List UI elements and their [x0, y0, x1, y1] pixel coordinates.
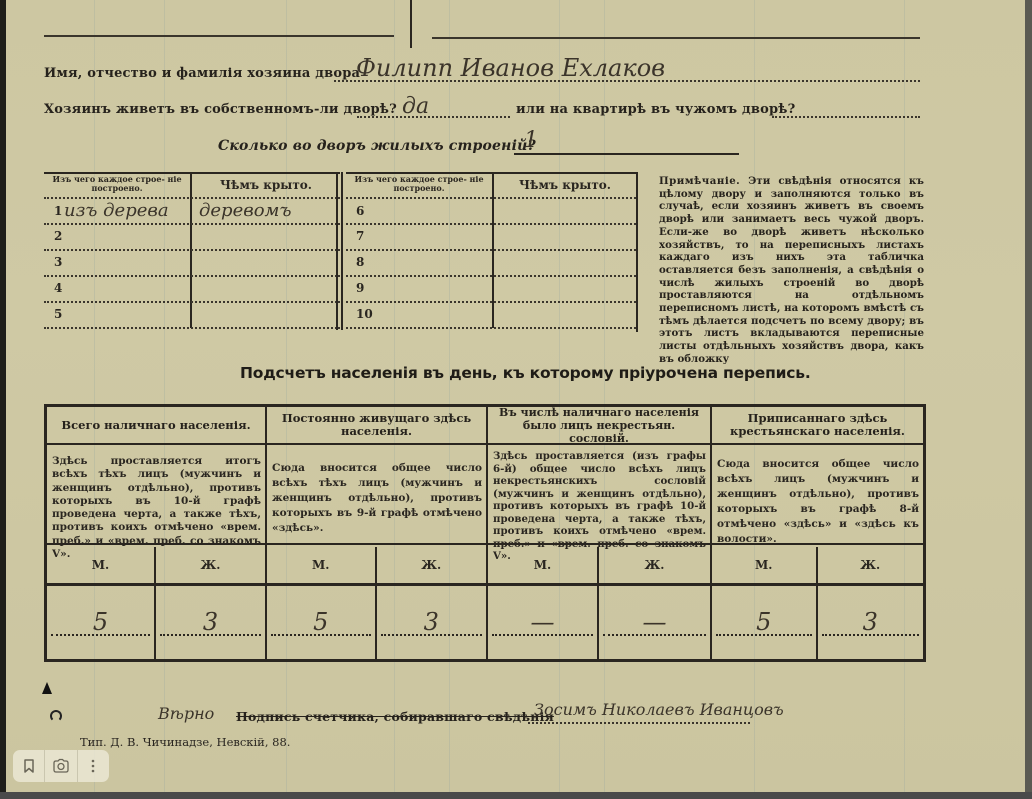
column-header: Въ числѣ наличнаго населенія было лицъ н… — [488, 407, 710, 445]
female-value: 3 — [377, 608, 487, 636]
column-description: Сюда вносится общее число всѣхъ лицъ (му… — [712, 447, 923, 545]
signature-value: Зосимъ Николаевъ Иванцовъ — [534, 700, 784, 719]
material-cell: изъ дерева — [64, 200, 169, 221]
note-text: Примѣчаніе. Эти свѣдѣнія относятся къ цѣ… — [659, 175, 924, 366]
population-column-total: Всего наличнаго населенія. Здѣсь простав… — [47, 407, 267, 659]
population-column-permanent: Постоянно живущаго здѣсь населенія. Сюда… — [267, 407, 488, 659]
population-column-registered-peasant: Приписаннаго здѣсь крестьянскаго населен… — [712, 407, 923, 659]
male-value: — — [488, 608, 597, 636]
male-label: М. — [267, 547, 375, 583]
female-label: Ж. — [377, 547, 487, 583]
image-viewer-toolbar — [13, 750, 109, 782]
column-description: Здѣсь проставляется итогъ всѣхъ тѣхъ лиц… — [47, 447, 265, 545]
scan-edge-left — [0, 0, 6, 799]
buildings-table-right: Изъ чего каждое строе- ніе построено. Чѣ… — [346, 172, 638, 328]
document-page: Имя, отчество и фамилія хозяина двора Фи… — [4, 0, 1026, 792]
female-label: Ж. — [156, 547, 265, 583]
male-value: 5 — [47, 608, 154, 636]
paper-grid-line — [904, 0, 905, 792]
buildings-count-label: Сколько во дворъ жилыхъ строеній? — [218, 138, 536, 154]
scan-edge-bottom — [0, 792, 1032, 799]
note-title: Примѣчаніе. — [659, 175, 740, 187]
rent-label: или на квартирѣ въ чужомъ дворѣ? — [516, 102, 795, 117]
table-row: 1 изъ дерева деревомъ — [44, 200, 340, 225]
signature-line — [528, 722, 750, 724]
table-row: 3 — [44, 250, 340, 276]
table-row: 10 — [346, 302, 636, 328]
population-column-non-peasant: Въ числѣ наличнаго населенія было лицъ н… — [488, 407, 712, 659]
column-header: Приписаннаго здѣсь крестьянскаго населен… — [712, 407, 923, 445]
female-value: 3 — [818, 608, 924, 636]
rent-dotted-line — [772, 116, 920, 118]
own-yard-value: да — [402, 94, 429, 119]
previous-section-divider — [410, 0, 412, 48]
male-label: М. — [488, 547, 597, 583]
female-label: Ж. — [818, 547, 924, 583]
table-row: 6 — [346, 200, 636, 225]
more-options-button[interactable] — [78, 750, 109, 782]
column-description: Сюда вносится общее число всѣхъ тѣхъ лиц… — [267, 447, 486, 545]
male-label: М. — [47, 547, 154, 583]
table-divider — [341, 172, 343, 330]
printer-imprint: Тип. Д. В. Чичинадзе, Невскій, 88. — [80, 735, 290, 749]
table-row: 5 — [44, 302, 340, 328]
paper-grid-line — [164, 0, 165, 792]
hole-punch — [50, 710, 62, 722]
paper-grid-line — [604, 0, 605, 792]
signature-prefix: Вѣрно — [158, 704, 214, 723]
material-header: Изъ чего каждое строе- ніе построено. — [346, 175, 492, 193]
own-yard-label: Хозяинъ живетъ въ собственномъ-ли дворѣ? — [44, 102, 397, 117]
female-label: Ж. — [599, 547, 710, 583]
own-yard-dotted-line — [357, 116, 510, 118]
previous-section-line — [44, 35, 394, 37]
bookmark-button[interactable] — [13, 750, 44, 782]
roof-header: Чѣмъ крыто. — [192, 178, 340, 192]
roof-cell: деревомъ — [199, 200, 291, 221]
note-body: Эти свѣдѣнія относятся къ цѣлому двору и… — [659, 175, 924, 365]
population-table: Всего наличнаго населенія. Здѣсь простав… — [44, 404, 926, 662]
paper-grid-line — [94, 0, 95, 792]
owner-value: Филипп Иванов Ехлаков — [356, 54, 665, 82]
table-row: 7 — [346, 225, 636, 250]
male-value: 5 — [712, 608, 816, 636]
buildings-count-line — [514, 153, 739, 155]
buildings-count-value: 1 — [524, 128, 538, 153]
bookmark-icon — [22, 758, 36, 774]
table-row: 8 — [346, 250, 636, 276]
table-divider — [336, 172, 338, 330]
material-header: Изъ чего каждое строе- ніе построено. — [44, 175, 190, 193]
table-row: 9 — [346, 276, 636, 302]
population-section-title: Подсчетъ населенія въ день, къ которому … — [240, 364, 811, 382]
column-header: Постоянно живущаго здѣсь населенія. — [267, 407, 486, 445]
lens-icon — [52, 758, 70, 774]
hole-punch — [42, 682, 52, 694]
male-label: М. — [712, 547, 816, 583]
previous-section-line — [432, 37, 920, 39]
owner-label: Имя, отчество и фамилія хозяина двора — [44, 66, 360, 81]
paper-grid-line — [449, 0, 450, 792]
buildings-table-left: Изъ чего каждое строе- ніе построено. Чѣ… — [44, 172, 340, 328]
paper-grid-line — [559, 0, 560, 792]
paper-grid-line — [286, 0, 287, 792]
scan-edge-right — [1025, 0, 1032, 799]
table-row: 2 — [44, 225, 340, 250]
paper-grid-line — [394, 0, 395, 792]
female-value: 3 — [156, 608, 265, 636]
column-description: Здѣсь проставляется (изъ графы 6-й) обще… — [488, 447, 710, 545]
signature-label: Подпись счетчика, собиравшаго свѣдѣнія — [236, 709, 554, 724]
lens-button[interactable] — [45, 750, 76, 782]
more-vertical-icon — [91, 758, 95, 774]
paper-grid-line — [754, 0, 755, 792]
roof-header: Чѣмъ крыто. — [494, 178, 636, 192]
female-value: — — [599, 608, 710, 636]
male-value: 5 — [267, 608, 375, 636]
column-header: Всего наличнаго населенія. — [47, 407, 265, 445]
table-row: 4 — [44, 276, 340, 302]
